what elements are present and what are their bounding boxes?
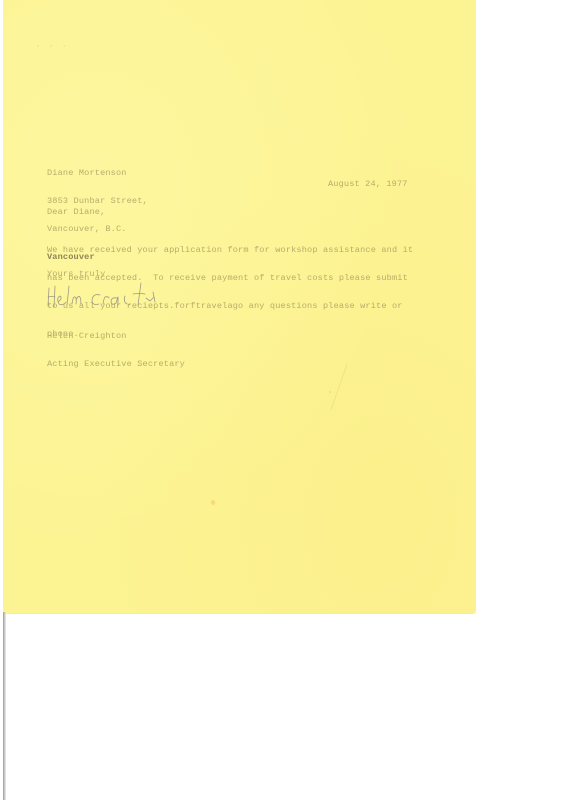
recipient-street: 3853 Dunbar Street, (47, 197, 148, 206)
paper-stain (211, 500, 215, 505)
body-line: We have received your application form f… (47, 246, 413, 255)
scanner-edge-shadow (3, 612, 6, 800)
letter-date: August 24, 1977 (328, 180, 408, 189)
signer-block: Helen Creighton Acting Executive Secreta… (47, 313, 185, 388)
closing: Yours truly (47, 270, 105, 279)
paper-crease-mark (319, 362, 349, 412)
signer-title: Acting Executive Secretary (47, 360, 185, 369)
handwritten-signature (45, 280, 195, 310)
signer-name: Helen Creighton (47, 332, 185, 341)
letter-page: · · · Diane Mortenson 3853 Dunbar Street… (3, 0, 476, 613)
salutation: Dear Diane, (47, 208, 105, 217)
header-mark: · · · (36, 43, 69, 50)
recipient-name: Diane Mortenson (47, 169, 148, 178)
